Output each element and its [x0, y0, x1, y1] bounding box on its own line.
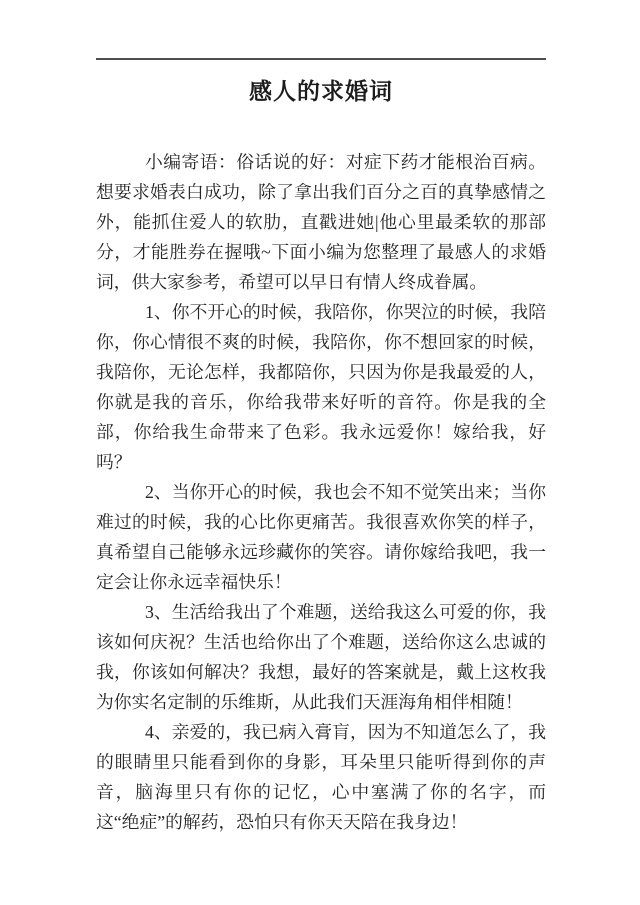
- paragraph-item-2: 2、当你开心的时候，我也会不知不觉笑出来；当你难过的时候，我的心比你更痛苦。我很…: [96, 477, 546, 597]
- paragraph-item-3: 3、生活给我出了个难题，送给我这么可爱的你，我该如何庆祝？生活也给你出了个难题，…: [96, 597, 546, 717]
- document-page: 感人的求婚词 小编寄语：俗话说的好：对症下药才能根治百病。想要求婚表白成功，除了…: [0, 0, 640, 905]
- document-content: 感人的求婚词 小编寄语：俗话说的好：对症下药才能根治百病。想要求婚表白成功，除了…: [96, 0, 546, 837]
- document-body: 小编寄语：俗话说的好：对症下药才能根治百病。想要求婚表白成功，除了拿出我们百分之…: [96, 147, 546, 837]
- header-divider: [96, 58, 546, 60]
- paragraph-item-1: 1、你不开心的时候，我陪你，你哭泣的时候，我陪你，你心情很不爽的时候，我陪你，你…: [96, 297, 546, 477]
- paragraph-intro: 小编寄语：俗话说的好：对症下药才能根治百病。想要求婚表白成功，除了拿出我们百分之…: [96, 147, 546, 297]
- paragraph-item-4: 4、亲爱的，我已病入膏肓，因为不知道怎么了，我的眼睛里只能看到你的身影，耳朵里只…: [96, 717, 546, 837]
- document-title: 感人的求婚词: [96, 73, 546, 109]
